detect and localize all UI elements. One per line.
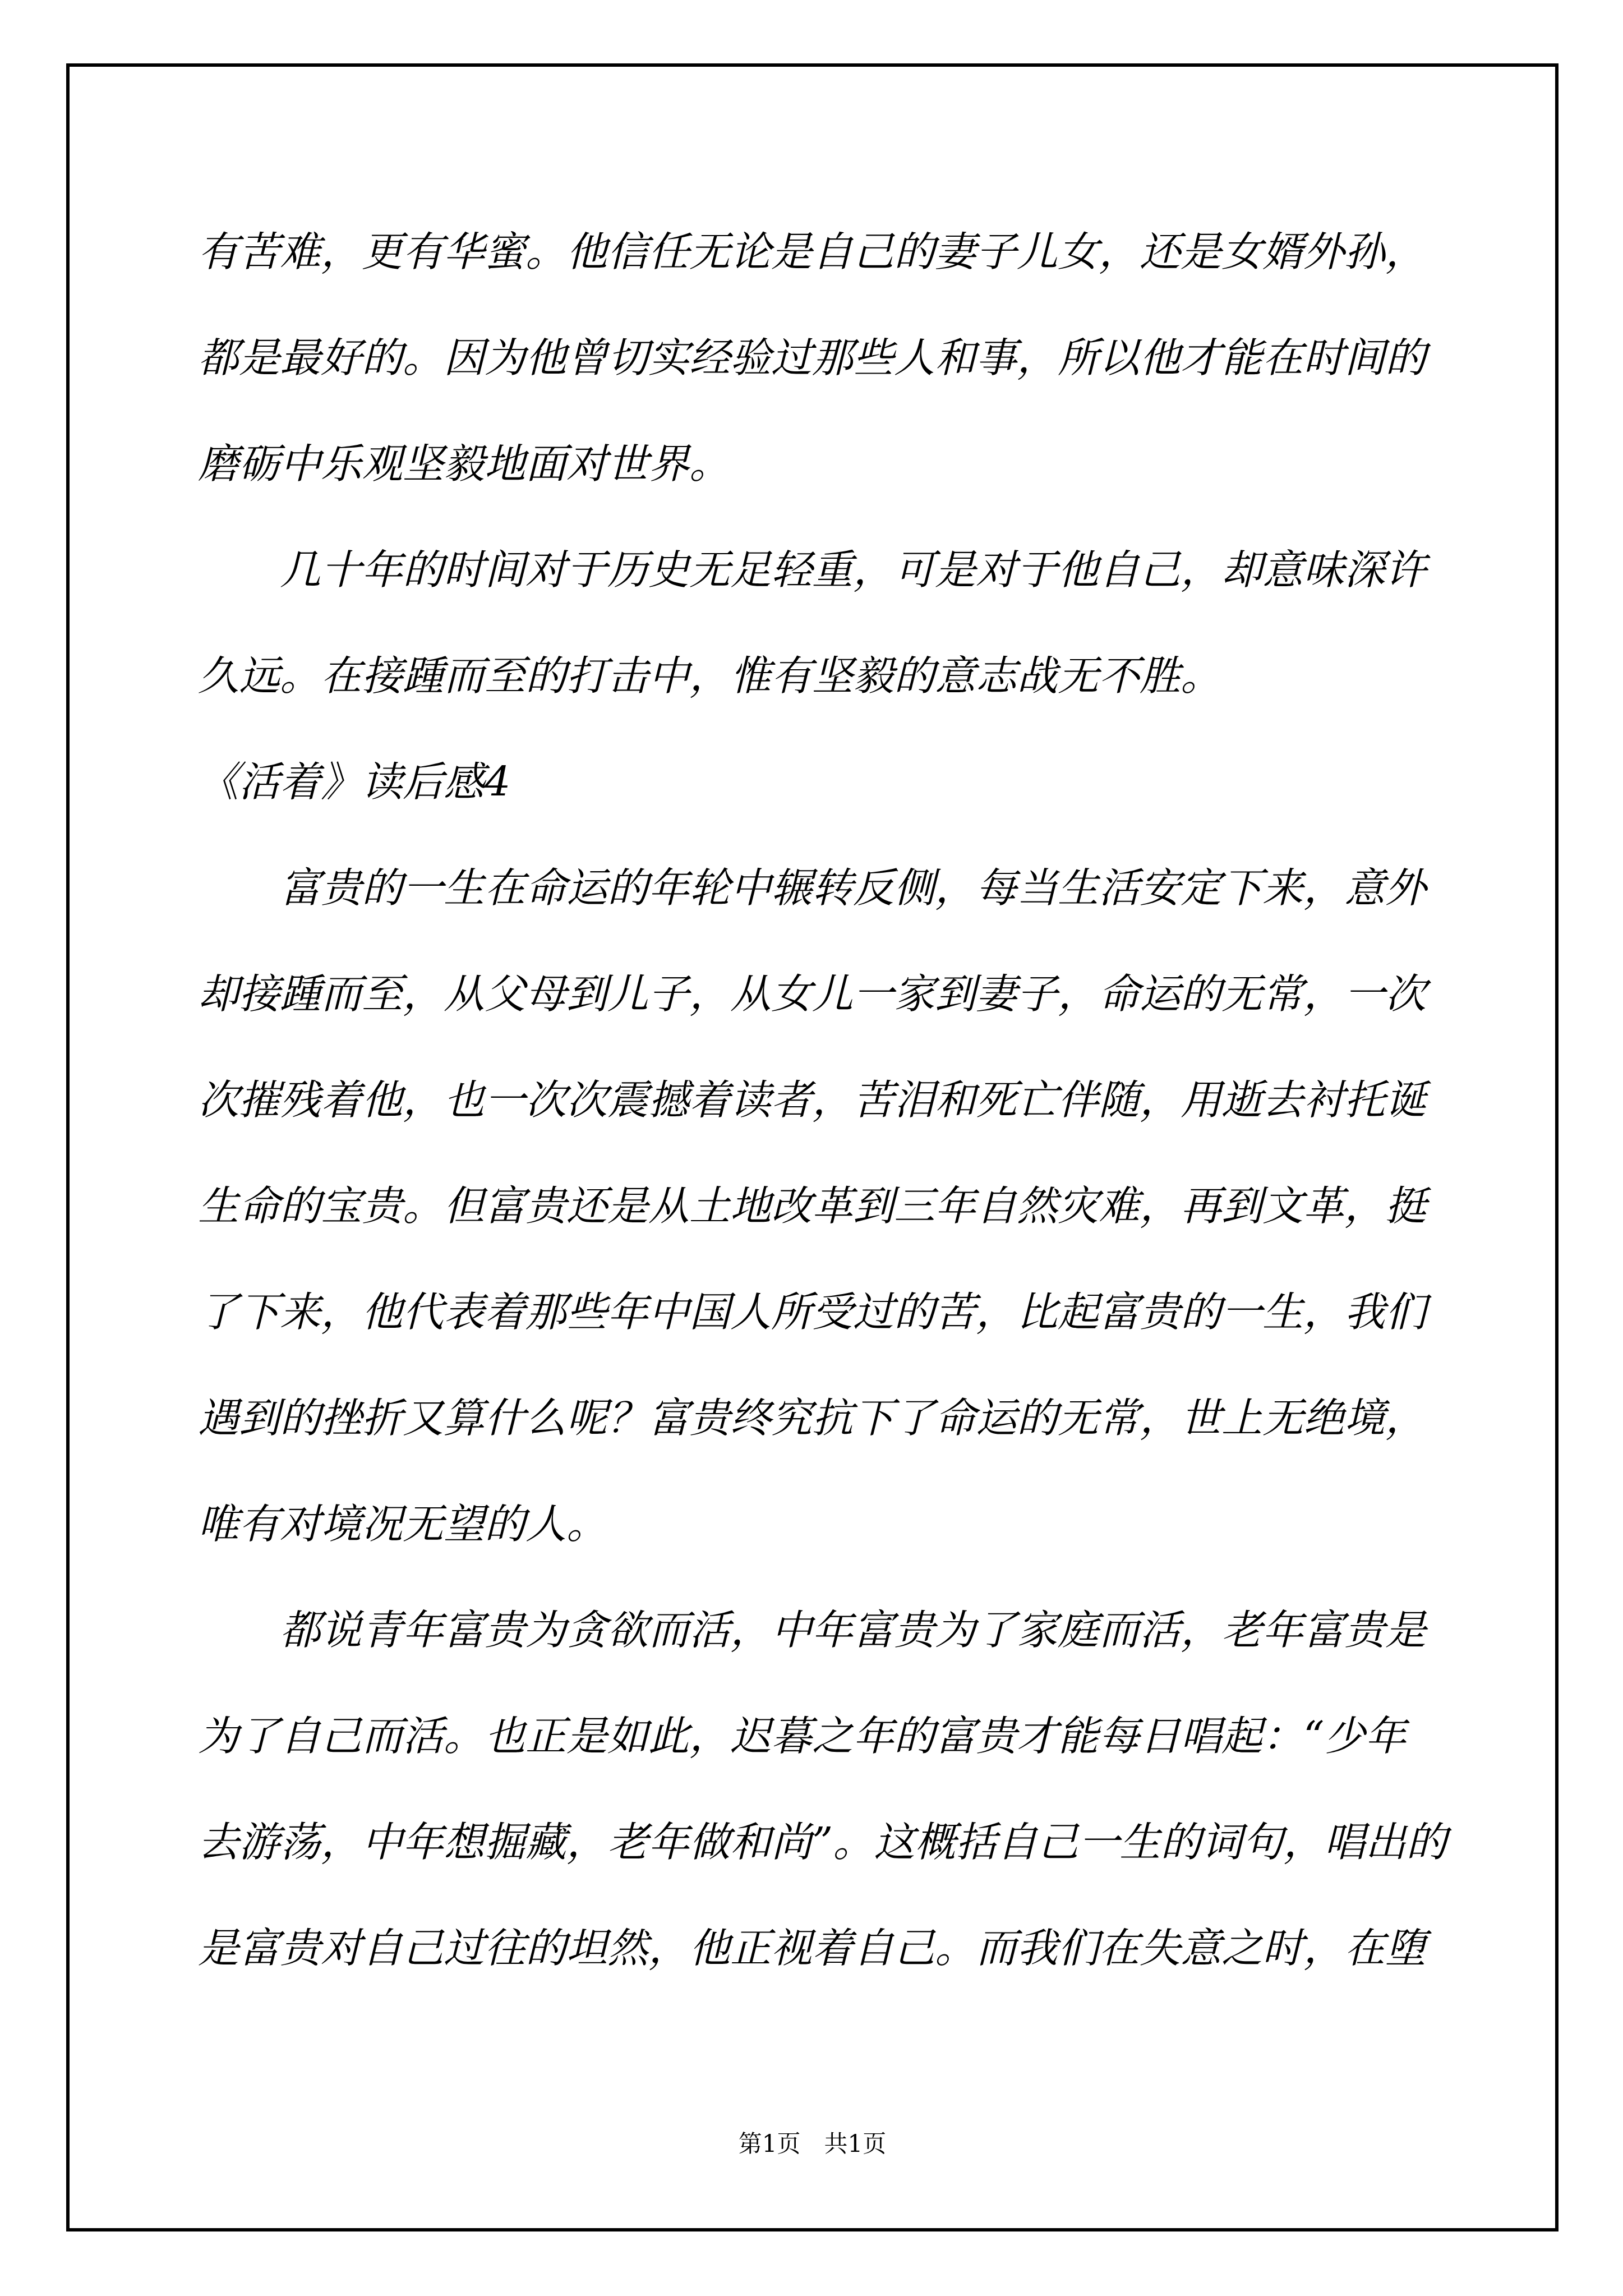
page-number-label: 第1页 — [739, 2130, 801, 2157]
text-line: 却接踵而至，从父母到儿子，从女儿一家到妻子，命运的无常，一次 — [198, 941, 1427, 1047]
document-title-line: 《活着》读后感4 — [198, 729, 1427, 835]
text-line: 几十年的时间对于历史无足轻重，可是对于他自己，却意味深许 — [198, 517, 1427, 623]
text-line: 唯有对境况无望的人。 — [198, 1471, 1427, 1577]
text-line: 生命的宝贵。但富贵还是从土地改革到三年自然灾难，再到文革，挺 — [198, 1153, 1427, 1259]
page-border-frame: 有苦难，更有华蜜。他信任无论是自己的妻子儿女，还是女婿外孙，都是最好的。因为他曾… — [66, 63, 1559, 2231]
text-line: 是富贵对自己过往的坦然，他正视着自己。而我们在失意之时，在堕 — [198, 1895, 1427, 2001]
text-line: 为了自己而活。也正是如此，迟暮之年的富贵才能每日唱起：“少年 — [198, 1683, 1427, 1789]
text-line: 遇到的挫折又算什么呢？富贵终究抗下了命运的无常，世上无绝境， — [198, 1365, 1427, 1471]
page-count-label: 共1页 — [824, 2130, 887, 2157]
text-line: 久远。在接踵而至的打击中，惟有坚毅的意志战无不胜。 — [198, 623, 1427, 729]
text-line: 了下来，他代表着那些年中国人所受过的苦，比起富贵的一生，我们 — [198, 1259, 1427, 1365]
text-line: 都是最好的。因为他曾切实经验过那些人和事，所以他才能在时间的 — [198, 305, 1427, 411]
text-line: 去游荡，中年想掘藏，老年做和尚”。这概括自己一生的词句，唱出的 — [198, 1789, 1427, 1895]
document-page: 有苦难，更有华蜜。他信任无论是自己的妻子儿女，还是女婿外孙，都是最好的。因为他曾… — [0, 0, 1623, 2296]
text-line: 都说青年富贵为贪欲而活，中年富贵为了家庭而活，老年富贵是 — [198, 1577, 1427, 1683]
text-line: 有苦难，更有华蜜。他信任无论是自己的妻子儿女，还是女婿外孙， — [198, 199, 1427, 305]
text-line: 富贵的一生在命运的年轮中辗转反侧，每当生活安定下来，意外 — [198, 835, 1427, 941]
page-footer: 第1页共1页 — [70, 2131, 1555, 2157]
text-line: 次摧残着他，也一次次震撼着读者，苦泪和死亡伴随，用逝去衬托诞 — [198, 1047, 1427, 1153]
document-body: 有苦难，更有华蜜。他信任无论是自己的妻子儿女，还是女婿外孙，都是最好的。因为他曾… — [70, 67, 1555, 2001]
text-line: 磨砺中乐观坚毅地面对世界。 — [198, 411, 1427, 517]
